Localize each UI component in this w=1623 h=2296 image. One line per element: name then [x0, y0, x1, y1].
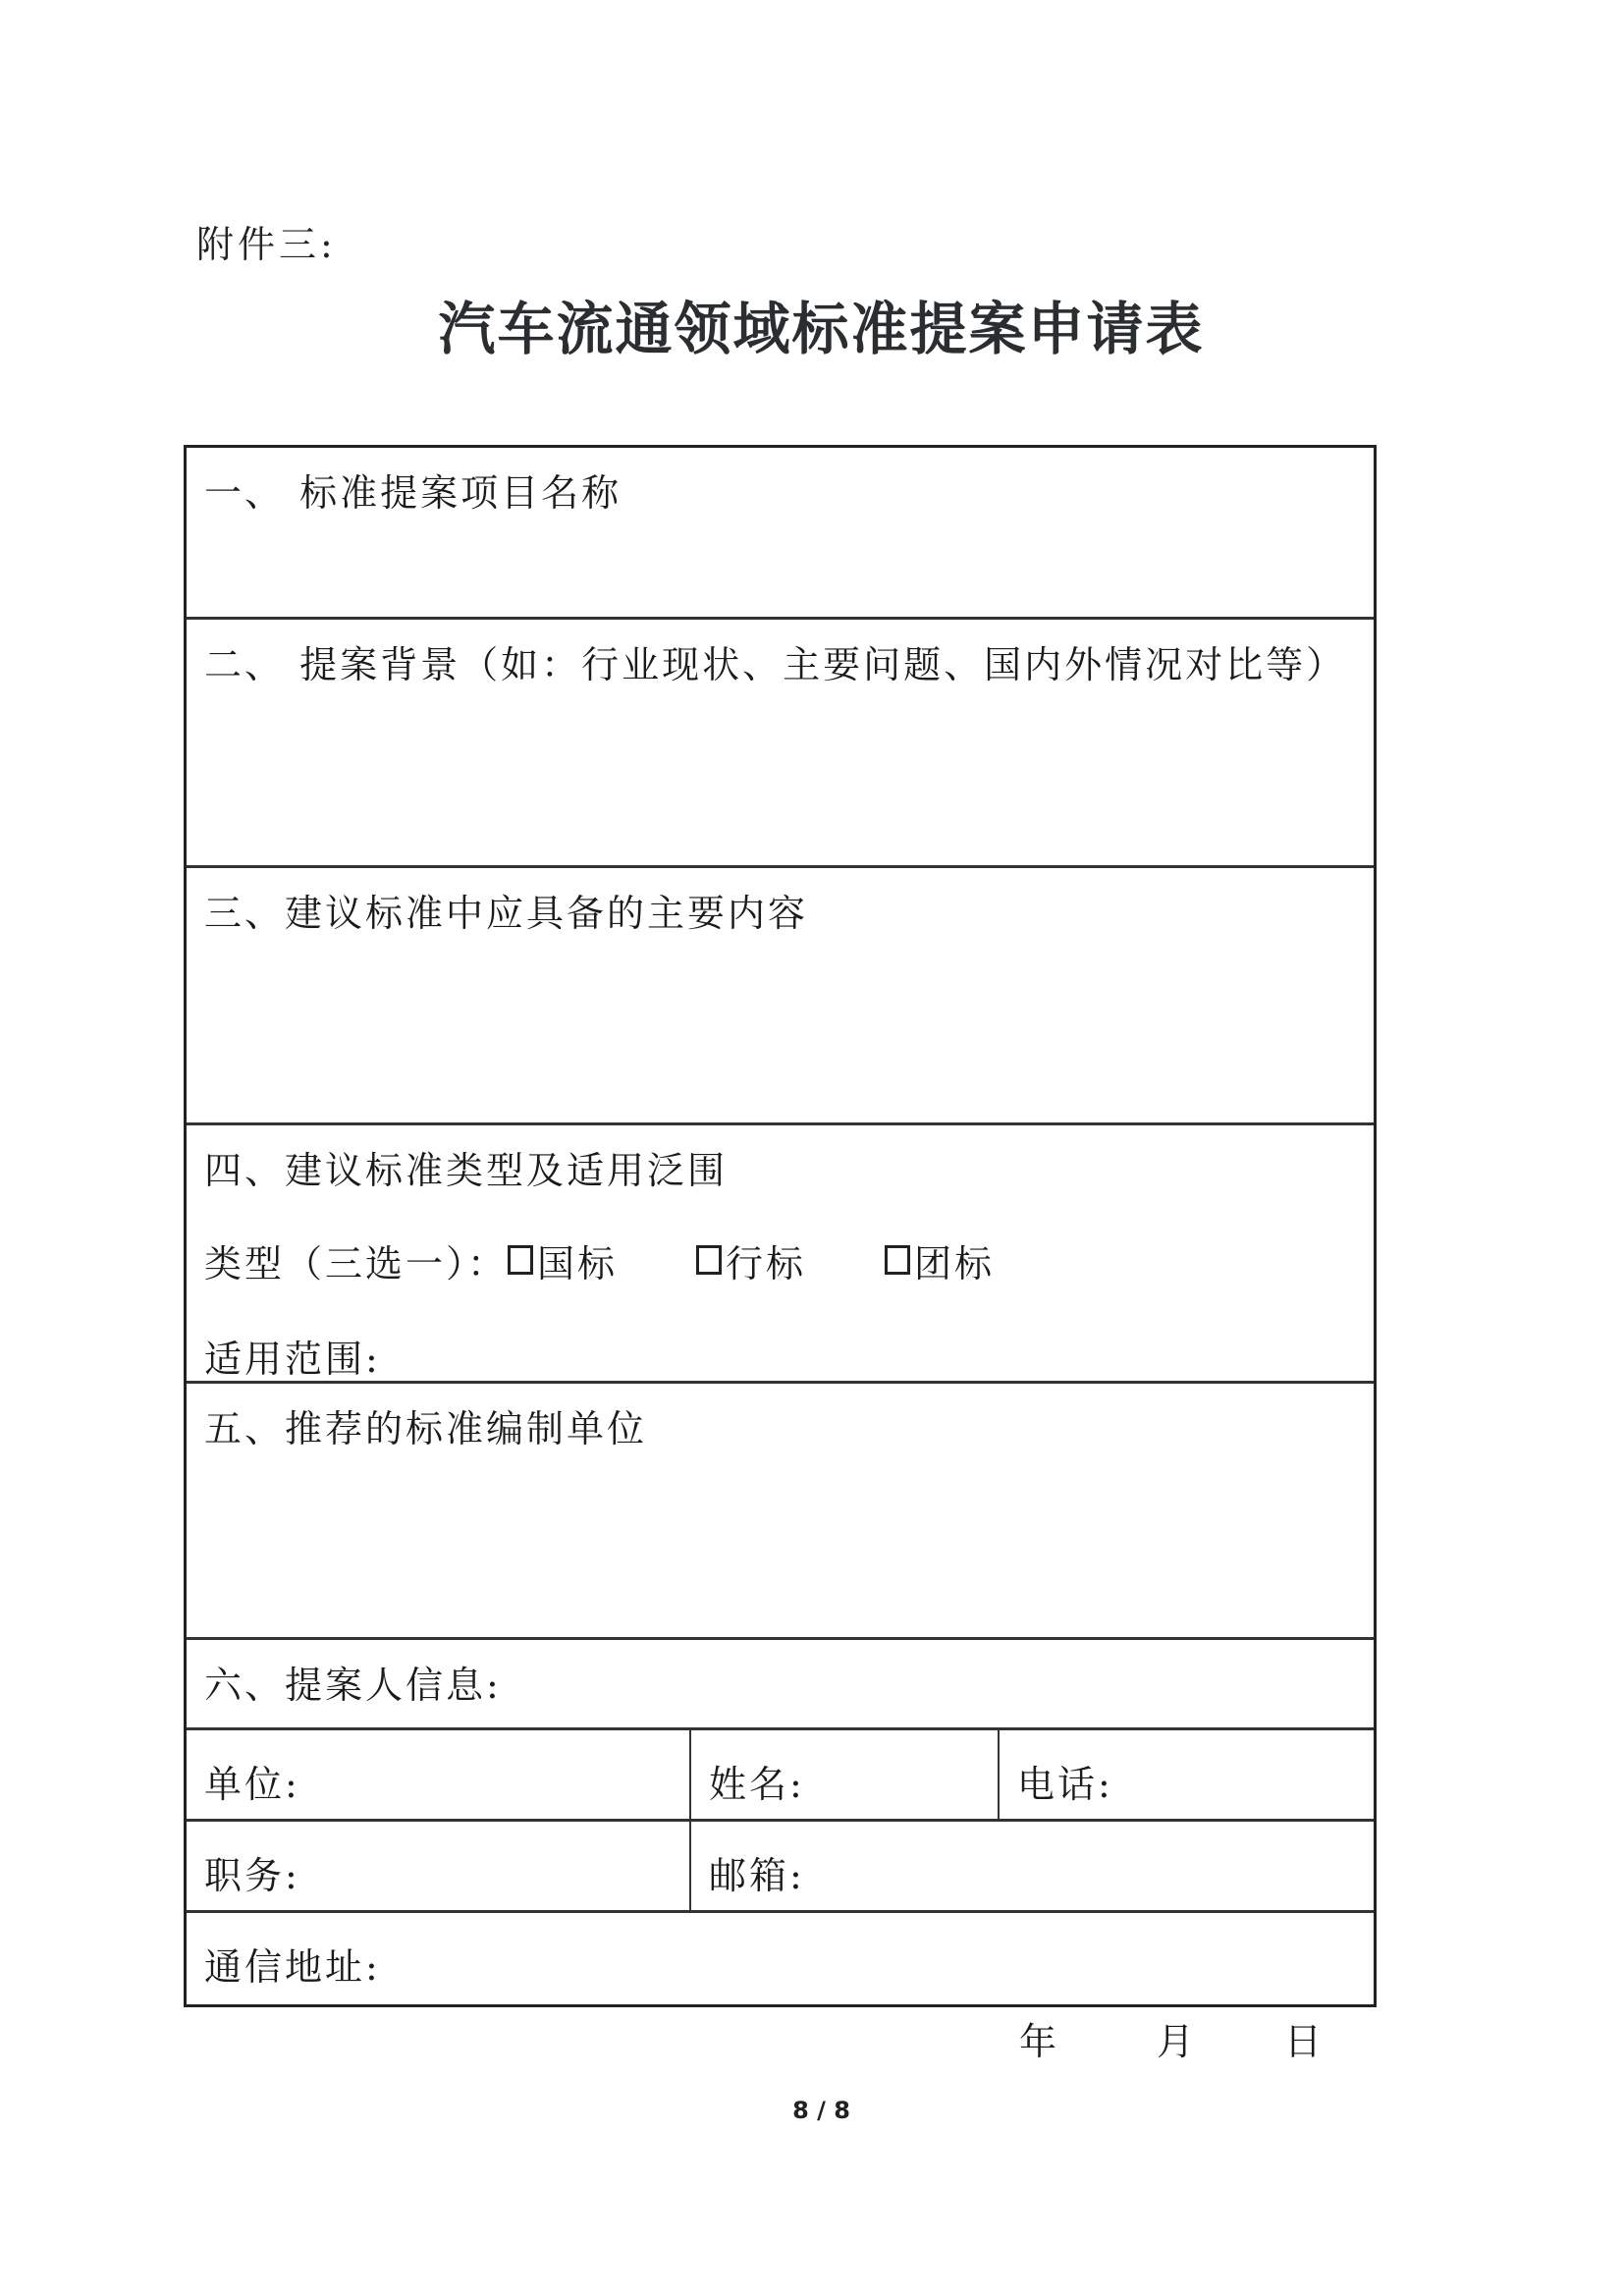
section-label: 六、提案人信息: — [204, 1664, 1356, 1709]
section-label: 三、建议标准中应具备的主要内容 — [204, 892, 1356, 937]
option-industry-standard[interactable]: 行标 — [696, 1233, 806, 1287]
annex-label: 附件三: — [196, 214, 337, 268]
option-label: 团标 — [914, 1233, 995, 1287]
document-title: 汽车流通领域标准提案申请表 — [0, 283, 1623, 365]
type-selection-label: 类型（三选一）： — [204, 1233, 508, 1287]
section-label: 四、建议标准类型及适用泛围 — [204, 1149, 1356, 1194]
section-standard-type-scope: 四、建议标准类型及适用泛围 类型（三选一）： 国标 行标 团标 适用范围: — [187, 1125, 1374, 1384]
address-field[interactable]: 通信地址: — [187, 1913, 1374, 2004]
section-proposer-info: 六、提案人信息: — [187, 1640, 1374, 1730]
unit-field[interactable]: 单位: — [187, 1730, 691, 1819]
scope-field[interactable]: 适用范围: — [204, 1329, 1356, 1383]
proposer-row-3: 通信地址: — [187, 1913, 1374, 2004]
option-national-standard[interactable]: 国标 — [508, 1233, 618, 1287]
option-label: 行标 — [726, 1233, 806, 1287]
option-label: 国标 — [537, 1233, 618, 1287]
page-number: 8 / 8 — [0, 2097, 1623, 2124]
checkbox-icon[interactable] — [885, 1245, 910, 1275]
phone-field[interactable]: 电话: — [1000, 1730, 1374, 1819]
date-month[interactable]: 月 — [1157, 2011, 1284, 2065]
date-line: 年 月 日 — [1019, 2011, 1322, 2065]
checkbox-icon[interactable] — [508, 1245, 533, 1275]
section-label: 二、 提案背景（如：行业现状、主要问题、国内外情况对比等） — [204, 643, 1356, 688]
option-group-standard[interactable]: 团标 — [885, 1233, 995, 1287]
section-label: 五、推荐的标准编制单位 — [204, 1407, 1356, 1452]
section-main-content[interactable]: 三、建议标准中应具备的主要内容 — [187, 868, 1374, 1125]
proposer-row-2: 职务: 邮箱: — [187, 1822, 1374, 1913]
name-field[interactable]: 姓名: — [691, 1730, 1000, 1819]
proposal-form-table: 一、 标准提案项目名称 二、 提案背景（如：行业现状、主要问题、国内外情况对比等… — [184, 445, 1377, 2007]
date-day[interactable]: 日 — [1284, 2011, 1322, 2065]
position-field[interactable]: 职务: — [187, 1822, 691, 1910]
type-selection: 类型（三选一）： 国标 行标 团标 — [204, 1233, 1356, 1287]
checkbox-icon[interactable] — [696, 1245, 722, 1275]
proposer-row-1: 单位: 姓名: 电话: — [187, 1730, 1374, 1822]
section-label: 一、 标准提案项目名称 — [204, 471, 1356, 517]
section-project-name[interactable]: 一、 标准提案项目名称 — [187, 448, 1374, 620]
section-drafting-unit[interactable]: 五、推荐的标准编制单位 — [187, 1384, 1374, 1640]
section-background[interactable]: 二、 提案背景（如：行业现状、主要问题、国内外情况对比等） — [187, 620, 1374, 868]
date-year[interactable]: 年 — [1019, 2011, 1157, 2065]
email-field[interactable]: 邮箱: — [691, 1822, 1374, 1910]
